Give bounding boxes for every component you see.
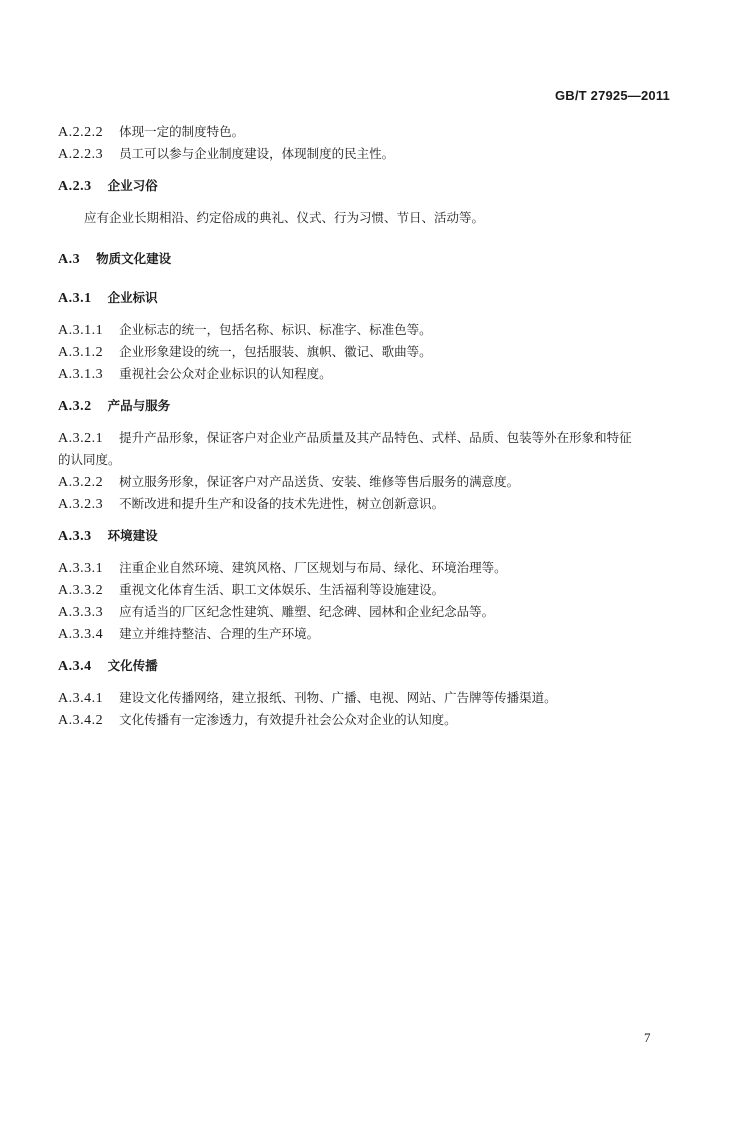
clause-A-3-3-1: A.3.3.1注重企业自然环境、建筑风格、厂区规划与布局、绿化、环境治理等。 xyxy=(58,557,507,579)
clause-A-3-2-3: A.3.2.3不断改进和提升生产和设备的技术先进性，树立创新意识。 xyxy=(58,493,444,515)
clause-A-2-2-3: A.2.2.3员工可以参与企业制度建设，体现制度的民主性。 xyxy=(58,143,394,165)
standard-code-header: GB/T 27925—2011 xyxy=(555,88,670,103)
clause-A-3-1-2: A.3.1.2企业形象建设的统一，包括服装、旗帜、徽记、歌曲等。 xyxy=(58,341,432,363)
clause-A-3-2-1-continuation: 的认同度。 xyxy=(58,449,121,471)
clause-A-3-3-2: A.3.3.2重视文化体育生活、职工文体娱乐、生活福利等设施建设。 xyxy=(58,579,444,601)
clause-A-3-3-4: A.3.3.4建立并维持整洁、合理的生产环境。 xyxy=(58,623,319,645)
clause-A-3-2-1: A.3.2.1提升产品形象，保证客户对企业产品质量及其产品特色、式样、品质、包装… xyxy=(58,427,632,449)
clause-A-3-1-3: A.3.1.3重视社会公众对企业标识的认知程度。 xyxy=(58,363,332,385)
clause-A-2-2-2: A.2.2.2体现一定的制度特色。 xyxy=(58,121,244,143)
clause-A-3-1-1: A.3.1.1企业标志的统一，包括名称、标识、标准字、标准色等。 xyxy=(58,319,432,341)
heading-A-3-3: A.3.3环境建设 xyxy=(58,525,158,547)
heading-A-3-2: A.3.2产品与服务 xyxy=(58,395,170,417)
clause-A-3-3-3: A.3.3.3应有适当的厂区纪念性建筑、雕塑、纪念碑、园林和企业纪念品等。 xyxy=(58,601,494,623)
clause-A-3-4-2: A.3.4.2文化传播有一定渗透力，有效提升社会公众对企业的认知度。 xyxy=(58,709,457,731)
clause-A-3-2-2: A.3.2.2树立服务形象，保证客户对产品送货、安装、维修等售后服务的满意度。 xyxy=(58,471,519,493)
clause-A-3-4-1: A.3.4.1建设文化传播网络，建立报纸、刊物、广播、电视、网站、广告牌等传播渠… xyxy=(58,687,557,709)
heading-A-3-1: A.3.1企业标识 xyxy=(58,287,158,309)
heading-A-3: A.3物质文化建设 xyxy=(58,248,171,270)
heading-A-2-3: A.2.3企业习俗 xyxy=(58,175,158,197)
page-number: 7 xyxy=(644,1030,651,1046)
paragraph-customs: 应有企业长期相沿、约定俗成的典礼、仪式、行为习惯、节日、活动等。 xyxy=(58,207,484,229)
heading-A-3-4: A.3.4文化传播 xyxy=(58,655,158,677)
